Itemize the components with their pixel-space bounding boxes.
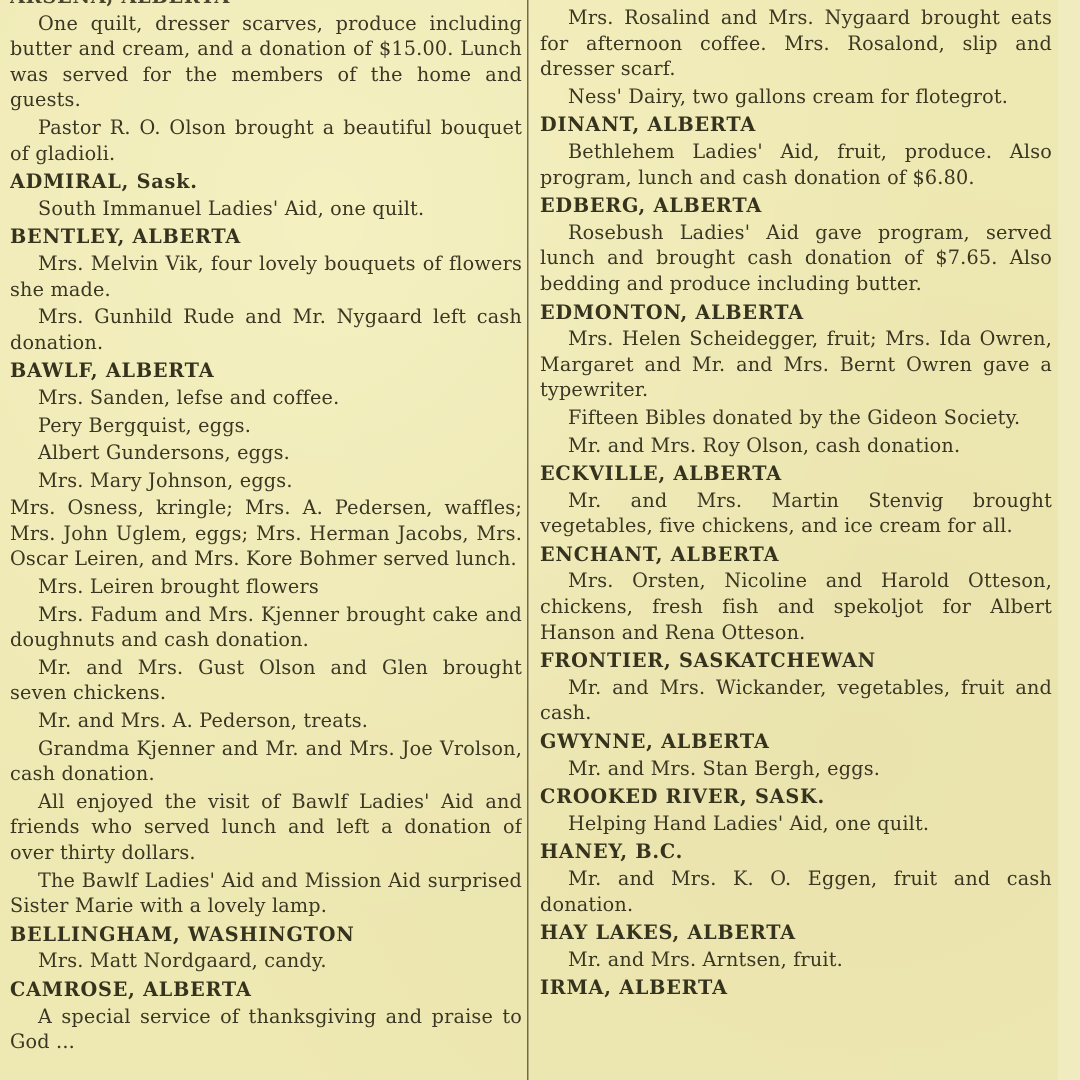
entry-paragraph: Mrs. Melvin Vik, four lovely bouquets of… [10, 250, 522, 303]
page-margin [1058, 0, 1080, 1080]
entry-paragraph: Helping Hand Ladies' Aid, one quilt. [540, 810, 1052, 838]
entry-paragraph: Mr. and Mrs. Arntsen, fruit. [540, 946, 1052, 974]
entry-paragraph: Mrs. Osness, kringle; Mrs. A. Pedersen, … [10, 494, 522, 573]
entry-paragraph: Mrs. Helen Scheidegger, fruit; Mrs. Ida … [540, 325, 1052, 404]
entry-paragraph: Mr. and Mrs. A. Pederson, treats. [10, 707, 522, 735]
entry-paragraph: Mrs. Leiren brought flowers [10, 573, 522, 601]
entry-paragraph: Mr. and Mrs. K. O. Eggen, fruit and cash… [540, 865, 1052, 918]
entry-paragraph: Mrs. Fadum and Mrs. Kjenner brought cake… [10, 601, 522, 654]
entry-paragraph: Fifteen Bibles donated by the Gideon Soc… [540, 404, 1052, 432]
section-heading: DINANT, ALBERTA [540, 112, 1052, 138]
section-heading: BAWLF, ALBERTA [10, 358, 522, 384]
section-heading: GWYNNE, ALBERTA [540, 729, 1052, 755]
entry-paragraph: Mrs. Sanden, lefse and coffee. [10, 384, 522, 412]
entry-paragraph: The Bawlf Ladies' Aid and Mission Aid su… [10, 867, 522, 920]
entry-paragraph: Pery Bergquist, eggs. [10, 412, 522, 440]
entry-paragraph: Bethlehem Ladies' Aid, fruit, produce. A… [540, 138, 1052, 191]
section-heading: BELLINGHAM, WASHINGTON [10, 922, 522, 948]
section-heading: EDMONTON, ALBERTA [540, 300, 1052, 326]
section-heading: BENTLEY, ALBERTA [10, 224, 522, 250]
entry-paragraph: Albert Gundersons, eggs. [10, 439, 522, 467]
section-heading: EDBERG, ALBERTA [540, 193, 1052, 219]
entry-paragraph: South Immanuel Ladies' Aid, one quilt. [10, 195, 522, 223]
entry-paragraph: Mrs. Rosalind and Mrs. Nygaard brought e… [540, 4, 1052, 83]
entry-paragraph: Ness' Dairy, two gallons cream for flote… [540, 83, 1052, 111]
entry-paragraph: One quilt, dresser scarves, produce incl… [10, 10, 522, 114]
entry-paragraph: Mr. and Mrs. Wickander, vegetables, frui… [540, 674, 1052, 727]
entry-paragraph: Mrs. Matt Nordgaard, candy. [10, 947, 522, 975]
section-heading: HANEY, B.C. [540, 839, 1052, 865]
section-heading: HAY LAKES, ALBERTA [540, 920, 1052, 946]
entry-paragraph: Mr. and Mrs. Martin Stenvig brought vege… [540, 487, 1052, 540]
section-heading: ENCHANT, ALBERTA [540, 542, 1052, 568]
entry-paragraph: Mr. and Mrs. Roy Olson, cash donation. [540, 432, 1052, 460]
section-heading: ECKVILLE, ALBERTA [540, 461, 1052, 487]
section-heading: FRONTIER, SASKATCHEWAN [540, 648, 1052, 674]
section-heading: IRMA, ALBERTA [540, 975, 1052, 1001]
entry-paragraph: Mrs. Orsten, Nicoline and Harold Otteson… [540, 567, 1052, 646]
entry-paragraph: Grandma Kjenner and Mr. and Mrs. Joe Vro… [10, 735, 522, 788]
entry-paragraph: Mr. and Mrs. Gust Olson and Glen brought… [10, 654, 522, 707]
entry-paragraph: Mrs. Gunhild Rude and Mr. Nygaard left c… [10, 303, 522, 356]
entry-paragraph: Rosebush Ladies' Aid gave program, serve… [540, 219, 1052, 298]
section-heading: ADMIRAL, Sask. [10, 169, 522, 195]
column-rule [527, 0, 529, 1080]
entry-paragraph: Mrs. Mary Johnson, eggs. [10, 467, 522, 495]
section-heading: CAMROSE, ALBERTA [10, 977, 522, 1003]
entry-paragraph: A special service of thanksgiving and pr… [10, 1003, 522, 1056]
entry-paragraph: Pastor R. O. Olson brought a beautiful b… [10, 114, 522, 167]
left-column: ARSENA, ALBERTA One quilt, dresser scarv… [10, 0, 522, 1062]
entry-paragraph: All enjoyed the visit of Bawlf Ladies' A… [10, 788, 522, 867]
right-column: Mrs. Rosalind and Mrs. Nygaard brought e… [540, 4, 1052, 1080]
entry-paragraph: Mr. and Mrs. Stan Bergh, eggs. [540, 755, 1052, 783]
section-heading: CROOKED RIVER, SASK. [540, 784, 1052, 810]
section-heading: ARSENA, ALBERTA [10, 0, 522, 10]
